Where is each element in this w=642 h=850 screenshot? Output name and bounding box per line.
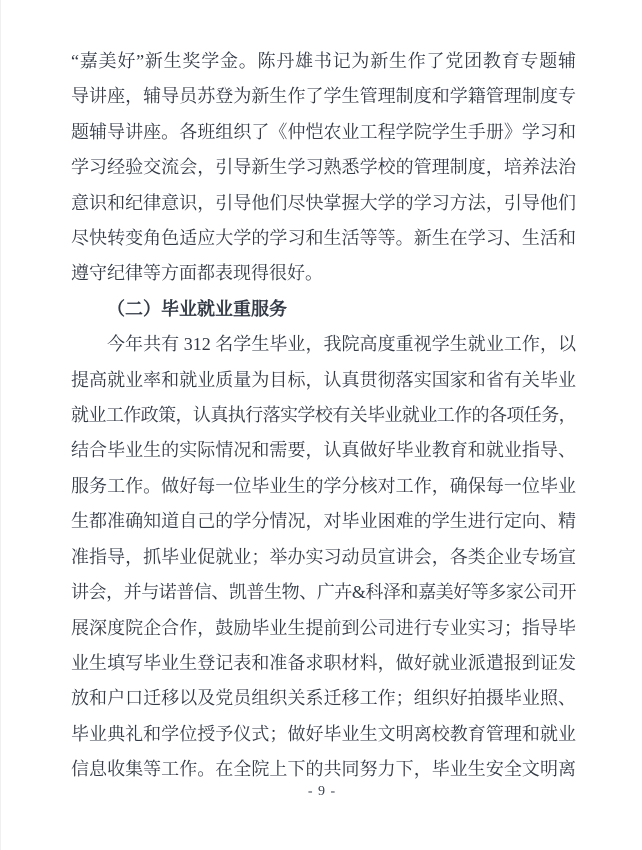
text-line: 业生填写毕业生登记表和准备求职材料，做好就业派遣报到证发 [71,646,576,681]
text-line: 题辅导讲座。各班组织了《仲恺农业工程学院学生手册》学习和 [71,115,576,150]
page-number: - 9 - [1,782,642,802]
text-line: （二）毕业就业重服务 [71,292,576,327]
text-line: 遵守纪律等方面都表现得很好。 [71,256,576,291]
text-line: 生都准确知道自己的学分情况，对毕业困难的学生进行定向、精 [71,504,576,539]
text-line: “嘉美好”新生奖学金。陈丹雄书记为新生作了党团教育专题辅 [71,44,576,79]
text-line: 准指导，抓毕业促就业；举办实习动员宣讲会，各类企业专场宣 [71,540,576,575]
document-lines: “嘉美好”新生奖学金。陈丹雄书记为新生作了党团教育专题辅导讲座，辅导员苏登为新生… [71,44,576,788]
text-line: 今年共有 312 名学生毕业，我院高度重视学生就业工作，以 [71,327,576,362]
text-line: 服务工作。做好每一位毕业生的学分核对工作，确保每一位毕业 [71,469,576,504]
text-line: 学习经验交流会，引导新生学习熟悉学校的管理制度，培养法治 [71,150,576,185]
text-line: 就业工作政策，认真执行落实学校有关毕业就业工作的各项任务， [71,398,576,433]
text-line: 提高就业率和就业质量为目标，认真贯彻落实国家和省有关毕业 [71,363,576,398]
document-page: “嘉美好”新生奖学金。陈丹雄书记为新生作了党团教育专题辅导讲座，辅导员苏登为新生… [0,0,642,850]
text-line: 放和户口迁移以及党员组织关系迁移工作；组织好拍摄毕业照、 [71,681,576,716]
text-line: 毕业典礼和学位授予仪式；做好毕业生文明离校教育管理和就业 [71,717,576,752]
text-line: 讲会，并与诺普信、凯普生物、广卉&科泽和嘉美好等多家公司开 [71,575,576,610]
text-line: 尽快转变角色适应大学的学习和生活等等。新生在学习、生活和 [71,221,576,256]
text-line: 结合毕业生的实际情况和需要，认真做好毕业教育和就业指导、 [71,433,576,468]
text-line: 展深度院企合作，鼓励毕业生提前到公司进行专业实习；指导毕 [71,611,576,646]
text-line: 导讲座，辅导员苏登为新生作了学生管理制度和学籍管理制度专 [71,79,576,114]
text-line: 意识和纪律意识，引导他们尽快掌握大学的学习方法，引导他们 [71,186,576,221]
